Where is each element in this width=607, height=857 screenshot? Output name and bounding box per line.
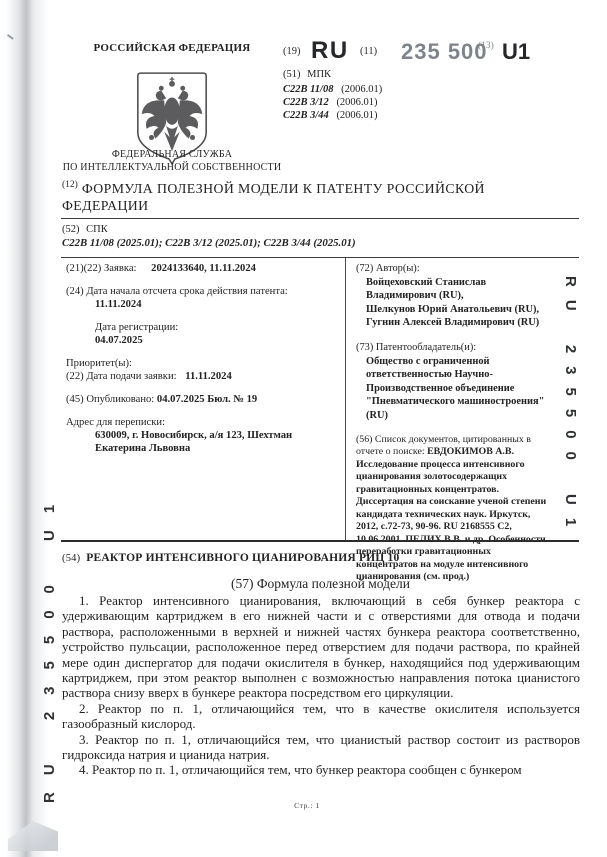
ipc-section-label: (51) МПК bbox=[283, 69, 331, 80]
patent-document-page: РОССИЙСКАЯ ФЕДЕРАЦИЯ ФЕДЕРАЛ bbox=[0, 0, 607, 857]
application-row: (21)(22) Заявка: 2024133640, 11.11.2024 bbox=[66, 262, 338, 275]
country-title: РОССИЙСКАЯ ФЕДЕРАЦИЯ bbox=[92, 42, 252, 54]
registration-value: 04.07.2025 bbox=[66, 334, 338, 347]
ipc-code-year: (2006.01) bbox=[336, 110, 377, 121]
ipc-code-year: (2006.01) bbox=[336, 97, 377, 108]
authors-block: (72) Автор(ы): Войцеховский Станислав Вл… bbox=[356, 262, 548, 330]
page-number: Стр.: 1 bbox=[62, 801, 552, 810]
filing-date-name: Дата подачи заявки: bbox=[86, 371, 176, 382]
label-19: (19) bbox=[283, 46, 301, 57]
cpc-title: СПК bbox=[86, 224, 108, 235]
label-45: (45) bbox=[66, 394, 84, 405]
claim-paragraph-1: 1. Реактор интенсивного цианирования, вк… bbox=[62, 593, 580, 701]
ipc-code-row: C22B 11/08 (2006.01) bbox=[283, 83, 382, 96]
ipc-code: C22B 3/12 bbox=[283, 97, 329, 108]
label-72: (72) bbox=[356, 263, 373, 274]
registration-row: Дата регистрации: 04.07.2025 bbox=[66, 321, 338, 347]
published-value: 04.07.2025 Бюл. № 19 bbox=[157, 394, 257, 405]
column-divider bbox=[345, 258, 346, 540]
horizontal-rule bbox=[61, 218, 579, 219]
biblio-left-column: (21)(22) Заявка: 2024133640, 11.11.2024 … bbox=[66, 262, 338, 465]
ipc-code-row: C22B 3/44 (2006.01) bbox=[283, 109, 382, 122]
label-73: (73) bbox=[356, 342, 373, 353]
label-54: (54) bbox=[62, 553, 80, 564]
correspondence-value: 630009, г. Новосибирск, а/я 123, Шехтман… bbox=[66, 429, 338, 455]
correspondence-label: Адрес для переписки: bbox=[66, 416, 338, 429]
invention-title: РЕАКТОР ИНТЕНСИВНОГО ЦИАНИРОВАНИЯ РИЦ 10 bbox=[86, 552, 399, 564]
author-item: Войцеховский Станислав Владимирович (RU)… bbox=[356, 276, 548, 303]
author-item: Гугнин Алексей Владимирович (RU) bbox=[356, 316, 548, 330]
priority-label: Приоритет(ы): bbox=[66, 358, 132, 369]
holder-label-row: (73) Патентообладатель(и): bbox=[356, 341, 548, 355]
document-number: 235 500 bbox=[401, 39, 488, 65]
biblio-right-column: (72) Автор(ы): Войцеховский Станислав Вл… bbox=[356, 262, 548, 584]
term-start-row: (24) Дата начала отсчета срока действия … bbox=[66, 285, 338, 311]
term-start-name: (24) Дата начала отсчета срока действия … bbox=[66, 285, 338, 298]
filing-date-value: 11.11.2024 bbox=[185, 371, 232, 382]
holder-block: (73) Патентообладатель(и): Общество с ог… bbox=[356, 341, 548, 423]
ipc-code: C22B 3/44 bbox=[283, 110, 329, 121]
author-item: Шелкунов Юрий Анатольевич (RU), bbox=[356, 303, 548, 317]
cpc-label-row: (52) СПК bbox=[62, 223, 356, 237]
margin-doc-number-left: RU 235500 U1 bbox=[41, 488, 58, 803]
holder-value: Общество с ограниченной ответственностью… bbox=[356, 355, 548, 423]
label-22: (22) bbox=[66, 371, 84, 382]
claim-paragraph-4: 4. Реактор по п. 1, отличающийся тем, чт… bbox=[62, 762, 580, 777]
invention-title-row: (54)РЕАКТОР ИНТЕНСИВНОГО ЦИАНИРОВАНИЯ РИ… bbox=[62, 552, 562, 564]
priority-row: Приоритет(ы): bbox=[66, 357, 338, 370]
label-56: (56) bbox=[356, 434, 372, 445]
label-51: (51) bbox=[283, 69, 301, 80]
correspondence-row: Адрес для переписки: 630009, г. Новосиби… bbox=[66, 416, 338, 455]
published-row: (45) Опубликовано: 04.07.2025 Бюл. № 19 bbox=[66, 393, 338, 406]
agency-name: ФЕДЕРАЛЬНАЯ СЛУЖБА ПО ИНТЕЛЛЕКТУАЛЬНОЙ С… bbox=[30, 149, 314, 174]
term-start-label: Дата начала отсчета срока действия патен… bbox=[86, 286, 287, 297]
ipc-code-list: C22B 11/08 (2006.01) C22B 3/12 (2006.01)… bbox=[283, 83, 382, 123]
ipc-code-year: (2006.01) bbox=[341, 84, 382, 95]
cpc-section: (52) СПК C22B 11/08 (2025.01); C22B 3/12… bbox=[62, 223, 356, 250]
application-value: 2024133640, 11.11.2024 bbox=[151, 263, 256, 274]
label-12: (12) bbox=[62, 180, 78, 190]
margin-doc-number-right: RU 235500 U1 bbox=[562, 276, 579, 539]
authors-label: Автор(ы): bbox=[376, 263, 420, 274]
label-52: (52) bbox=[62, 224, 80, 235]
kind-code: U1 bbox=[502, 39, 530, 65]
horizontal-rule-thick bbox=[61, 540, 579, 542]
claims-heading: (57) Формула полезной модели bbox=[62, 576, 579, 592]
country-code: RU bbox=[311, 37, 349, 65]
authors-label-row: (72) Автор(ы): bbox=[356, 262, 548, 276]
published-name: Опубликовано: bbox=[86, 394, 154, 405]
ipc-code-row: C22B 3/12 (2006.01) bbox=[283, 96, 382, 109]
cpc-codes: C22B 11/08 (2025.01); C22B 3/12 (2025.01… bbox=[62, 237, 356, 251]
ipc-title: МПК bbox=[307, 69, 331, 80]
label-11: (11) bbox=[360, 46, 377, 57]
filing-date-row: (22) Дата подачи заявки: 11.11.2024 bbox=[66, 370, 338, 383]
holder-label: Патентообладатель(и): bbox=[376, 342, 476, 353]
label-24: (24) bbox=[66, 286, 84, 297]
document-type-heading: (12)ФОРМУЛА ПОЛЕЗНОЙ МОДЕЛИ К ПАТЕНТУ РО… bbox=[62, 177, 546, 214]
claim-paragraph-2: 2. Реактор по п. 1, отличающийся тем, чт… bbox=[62, 701, 580, 732]
application-name: Заявка: bbox=[104, 263, 137, 274]
term-start-value: 11.11.2024 bbox=[66, 298, 338, 311]
claims-body: 1. Реактор интенсивного цианирования, вк… bbox=[62, 593, 580, 778]
label-21-22: (21)(22) bbox=[66, 263, 101, 274]
horizontal-rule bbox=[61, 257, 579, 258]
label-13: (13) bbox=[478, 41, 494, 51]
registration-label: Дата регистрации: bbox=[66, 321, 338, 334]
claim-paragraph-3: 3. Реактор по п. 1, отличающийся тем, чт… bbox=[62, 732, 580, 763]
document-type-title: ФОРМУЛА ПОЛЕЗНОЙ МОДЕЛИ К ПАТЕНТУ РОССИЙ… bbox=[62, 181, 485, 213]
agency-line1: ФЕДЕРАЛЬНАЯ СЛУЖБА bbox=[30, 149, 314, 162]
ipc-code: C22B 11/08 bbox=[283, 84, 333, 95]
agency-line2: ПО ИНТЕЛЛЕКТУАЛЬНОЙ СОБСТВЕННОСТИ bbox=[30, 162, 314, 175]
